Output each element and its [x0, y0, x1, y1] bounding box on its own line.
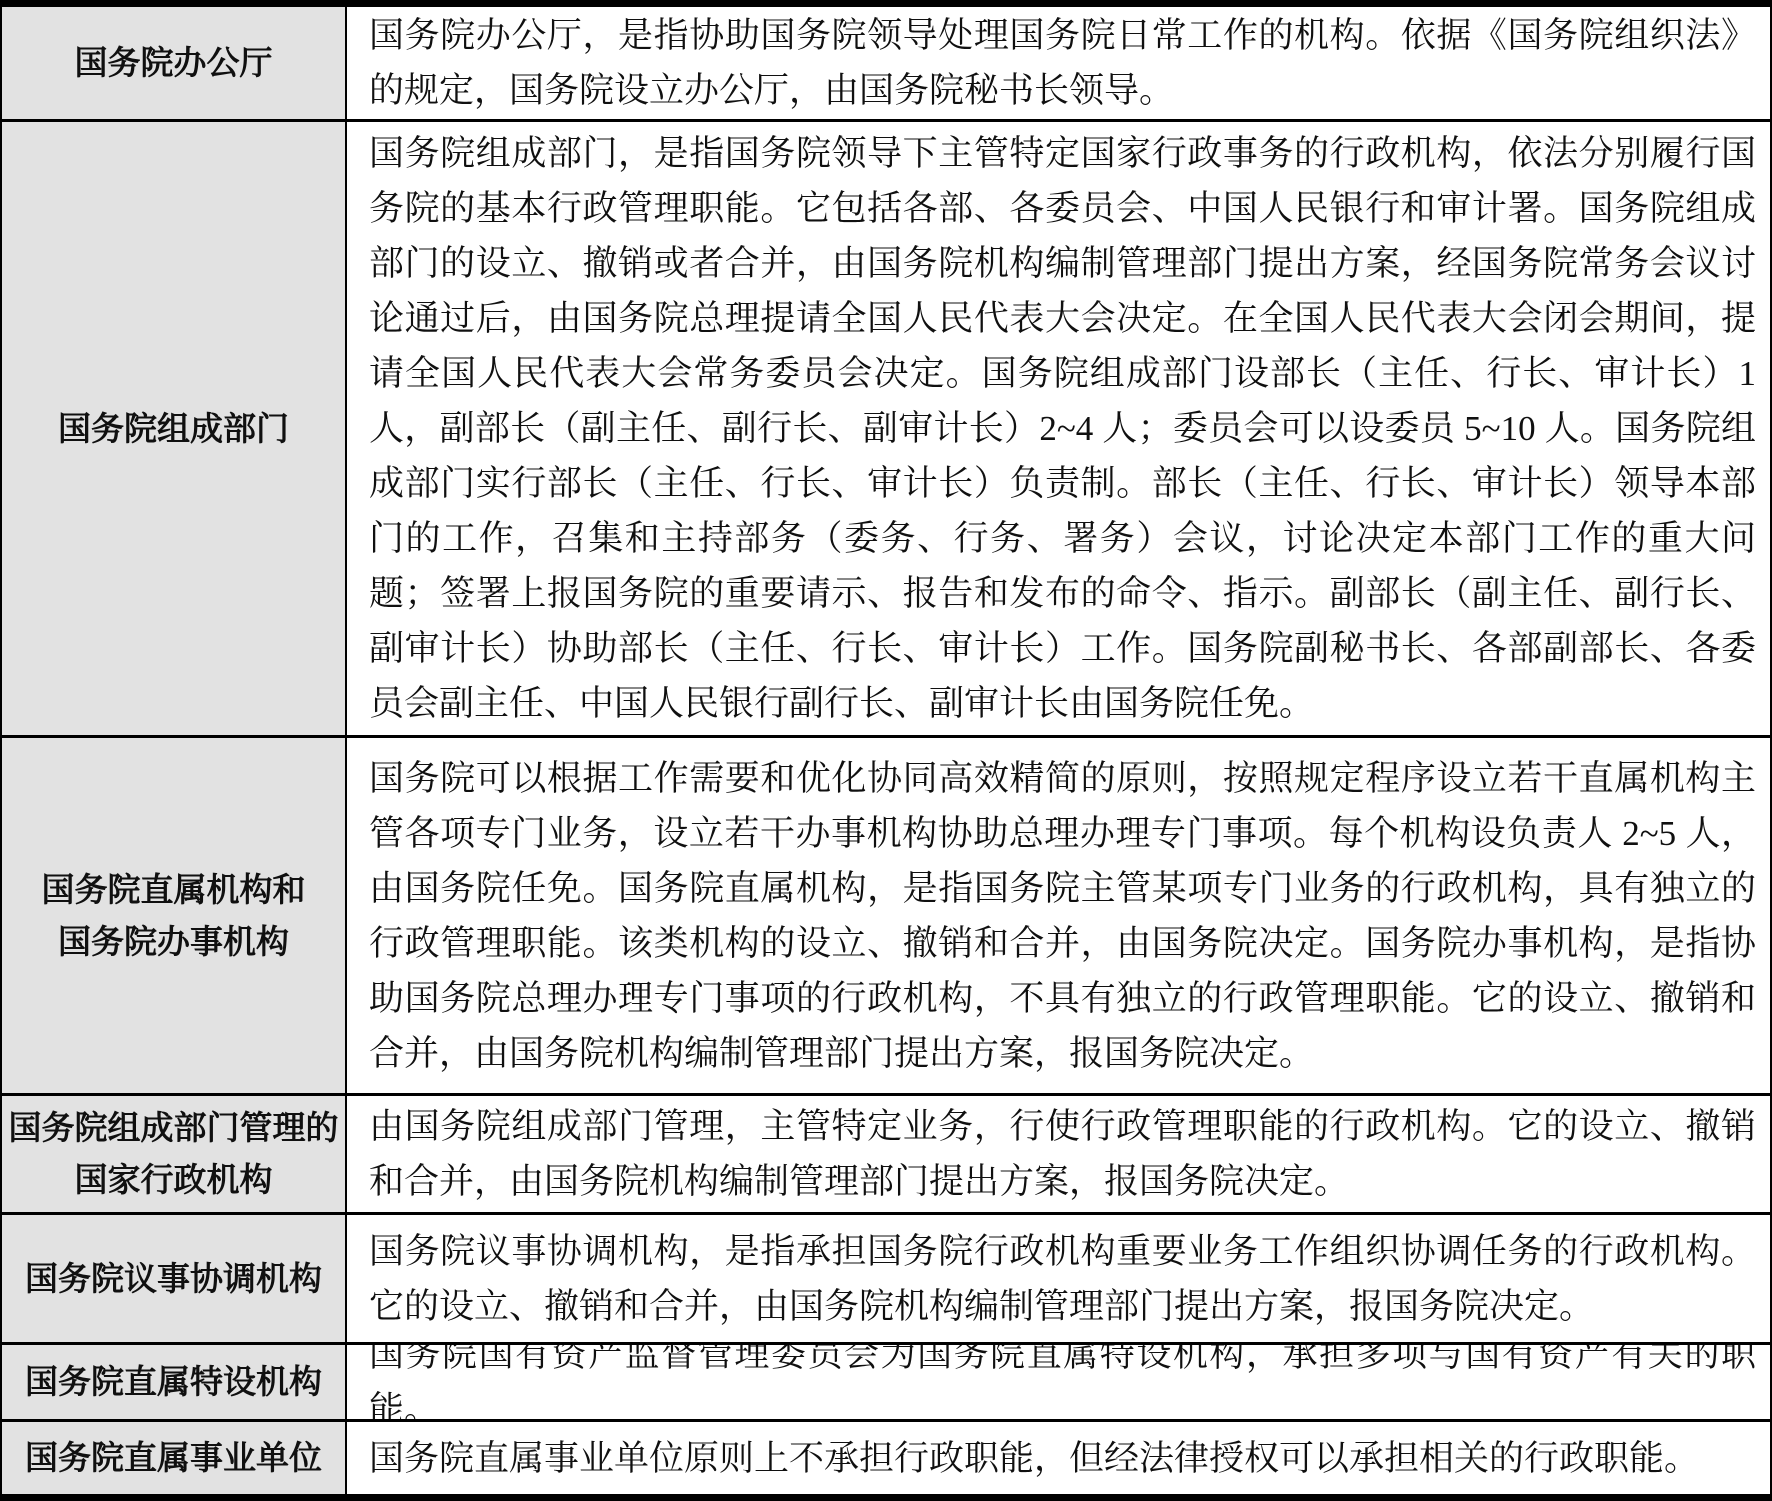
- row-description-text: 国务院组成部门，是指国务院领导下主管特定国家行政事务的行政机构，依法分别履行国务…: [369, 126, 1756, 731]
- table-row: 国务院办公厅 国务院办公厅，是指协助国务院领导处理国务院日常工作的机构。依据《国…: [2, 7, 1770, 122]
- row-description-cell: 国务院可以根据工作需要和优化协同高效精简的原则，按照规定程序设立若干直属机构主管…: [347, 738, 1770, 1093]
- table-row: 国务院组成部门管理的 国家行政机构 由国务院组成部门管理，主管特定业务，行使行政…: [2, 1096, 1770, 1215]
- row-description-cell: 由国务院组成部门管理，主管特定业务，行使行政管理职能的行政机构。它的设立、撤销和…: [347, 1096, 1770, 1212]
- row-label-state-administrations-under-departments: 国务院组成部门管理的 国家行政机构: [2, 1096, 347, 1212]
- row-description-cell: 国务院办公厅，是指协助国务院领导处理国务院日常工作的机构。依据《国务院组织法》的…: [347, 7, 1770, 119]
- row-description-cell: 国务院议事协调机构，是指承担国务院行政机构重要业务工作组织协调任务的行政机构。它…: [347, 1215, 1770, 1342]
- row-label-directly-subordinate-and-administrative-offices: 国务院直属机构和 国务院办事机构: [2, 738, 347, 1093]
- row-description-text: 国务院办公厅，是指协助国务院领导处理国务院日常工作的机构。依据《国务院组织法》的…: [369, 8, 1756, 118]
- table-row: 国务院组成部门 国务院组成部门，是指国务院领导下主管特定国家行政事务的行政机构，…: [2, 122, 1770, 738]
- row-label-directly-subordinate-public-institutions: 国务院直属事业单位: [2, 1422, 347, 1494]
- row-label-constituent-departments: 国务院组成部门: [2, 122, 347, 735]
- row-description-text: 国务院议事协调机构，是指承担国务院行政机构重要业务工作组织协调任务的行政机构。它…: [369, 1224, 1756, 1334]
- table-row: 国务院直属机构和 国务院办事机构 国务院可以根据工作需要和优化协同高效精简的原则…: [2, 738, 1770, 1096]
- state-council-organs-table: 国务院办公厅 国务院办公厅，是指协助国务院领导处理国务院日常工作的机构。依据《国…: [0, 0, 1772, 1501]
- row-label-deliberative-coordinating-agencies: 国务院议事协调机构: [2, 1215, 347, 1342]
- row-description-cell: 国务院组成部门，是指国务院领导下主管特定国家行政事务的行政机构，依法分别履行国务…: [347, 122, 1770, 735]
- table-row: 国务院直属特设机构 国务院国有资产监督管理委员会为国务院直属特设机构，承担多项与…: [2, 1345, 1770, 1422]
- row-description-text: 国务院直属事业单位原则上不承担行政职能，但经法律授权可以承担相关的行政职能。: [369, 1431, 1756, 1486]
- row-description-cell: 国务院国有资产监督管理委员会为国务院直属特设机构，承担多项与国有资产有关的职能。: [347, 1345, 1770, 1419]
- row-description-text: 国务院国有资产监督管理委员会为国务院直属特设机构，承担多项与国有资产有关的职能。: [369, 1345, 1756, 1419]
- table-row: 国务院议事协调机构 国务院议事协调机构，是指承担国务院行政机构重要业务工作组织协…: [2, 1215, 1770, 1345]
- row-label-general-office: 国务院办公厅: [2, 7, 347, 119]
- row-description-text: 由国务院组成部门管理，主管特定业务，行使行政管理职能的行政机构。它的设立、撤销和…: [369, 1099, 1756, 1209]
- row-description-text: 国务院可以根据工作需要和优化协同高效精简的原则，按照规定程序设立若干直属机构主管…: [369, 751, 1756, 1081]
- row-description-cell: 国务院直属事业单位原则上不承担行政职能，但经法律授权可以承担相关的行政职能。: [347, 1422, 1770, 1494]
- row-label-special-directly-subordinate-agency: 国务院直属特设机构: [2, 1345, 347, 1419]
- table-row: 国务院直属事业单位 国务院直属事业单位原则上不承担行政职能，但经法律授权可以承担…: [2, 1422, 1770, 1494]
